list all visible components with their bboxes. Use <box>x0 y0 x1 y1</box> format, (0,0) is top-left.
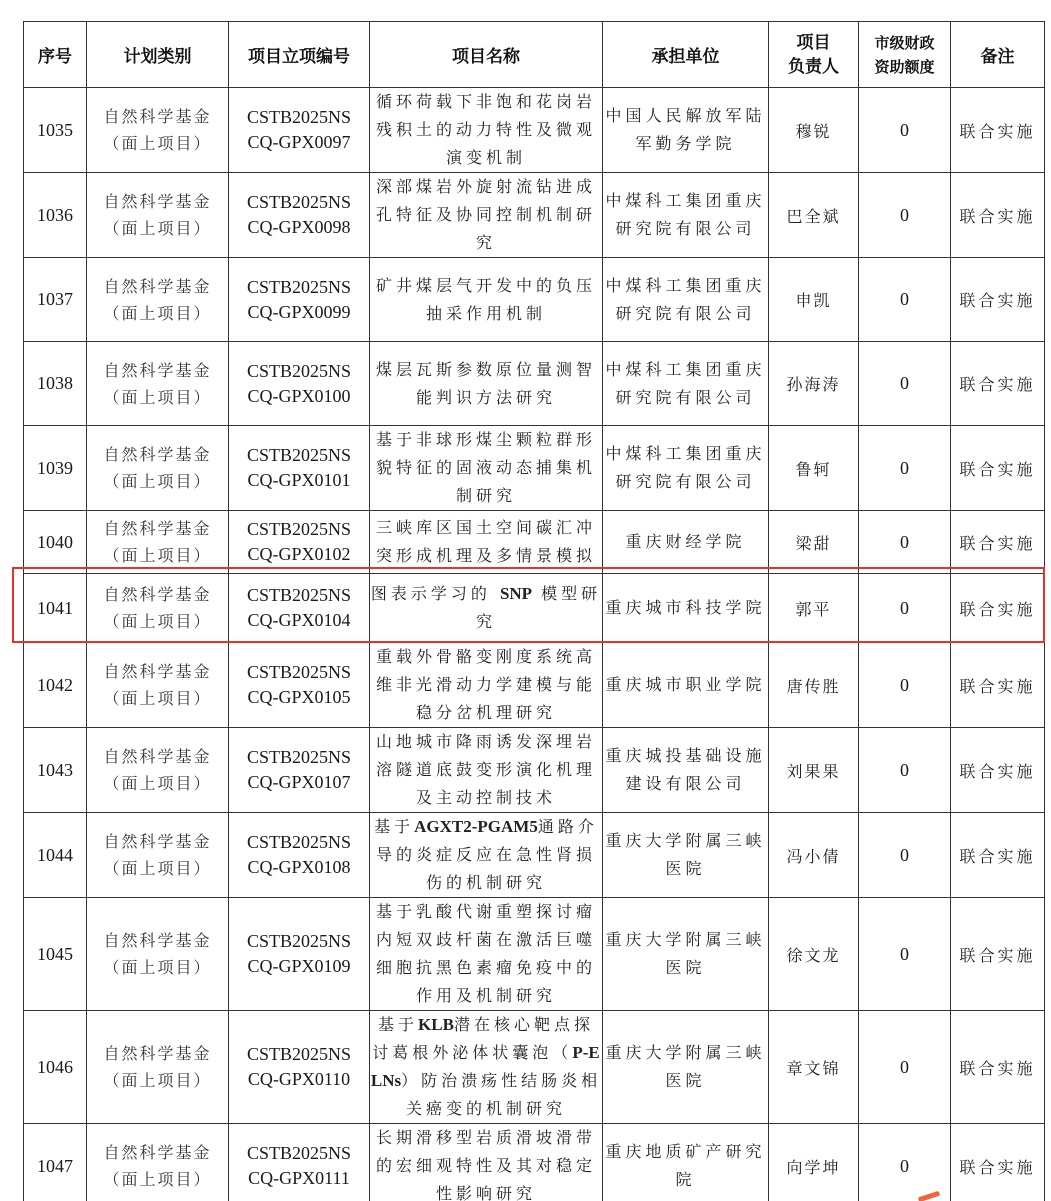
table-row: 1037 自然科学基金 （面上项目） CSTB2025NS CQ-GPX0099… <box>24 258 1045 342</box>
cell-person: 刘果果 <box>769 728 859 813</box>
code-line1: CSTB2025NS <box>229 1042 369 1067</box>
category-line1: 自然科学基金 <box>87 273 228 300</box>
cell-project-name: 长期滑移型岩质滑坡滑带的宏细观特性及其对稳定性影响研究 <box>370 1124 603 1201</box>
cell-funding: 0 <box>859 574 951 643</box>
category-line1: 自然科学基金 <box>87 658 228 685</box>
code-line2: CQ-GPX0097 <box>229 130 369 155</box>
cell-funding: 0 <box>859 342 951 426</box>
cell-code: CSTB2025NS CQ-GPX0097 <box>229 88 370 173</box>
category-line2: （面上项目） <box>87 468 228 495</box>
code-line1: CSTB2025NS <box>229 745 369 770</box>
cell-seq: 1046 <box>24 1011 87 1124</box>
table-row: 1042 自然科学基金 （面上项目） CSTB2025NS CQ-GPX0105… <box>24 643 1045 728</box>
category-line1: 自然科学基金 <box>87 828 228 855</box>
header-row: 序号 计划类别 项目立项编号 项目名称 承担单位 项目 负责人 市级财政 资助额… <box>24 22 1045 88</box>
cell-code: CSTB2025NS CQ-GPX0109 <box>229 898 370 1011</box>
header-person-line2: 负责人 <box>769 55 858 79</box>
cell-project-name: 山地城市降雨诱发深埋岩溶隧道底鼓变形演化机理及主动控制技术 <box>370 728 603 813</box>
code-line1: CSTB2025NS <box>229 443 369 468</box>
table-row: 1045 自然科学基金 （面上项目） CSTB2025NS CQ-GPX0109… <box>24 898 1045 1011</box>
cell-project-name: 深部煤岩外旋射流钻进成孔特征及协同控制机制研究 <box>370 173 603 258</box>
cell-person: 徐文龙 <box>769 898 859 1011</box>
table-row: 1039 自然科学基金 （面上项目） CSTB2025NS CQ-GPX0101… <box>24 426 1045 511</box>
cell-seq: 1040 <box>24 511 87 574</box>
cell-seq: 1041 <box>24 574 87 643</box>
code-line1: CSTB2025NS <box>229 1141 369 1166</box>
cell-funding: 0 <box>859 1011 951 1124</box>
category-line2: （面上项目） <box>87 608 228 635</box>
cell-person: 穆锐 <box>769 88 859 173</box>
cell-project-name: 重载外骨骼变刚度系统高维非光滑动力学建模与能稳分岔机理研究 <box>370 643 603 728</box>
cell-unit: 中煤科工集团重庆研究院有限公司 <box>603 173 769 258</box>
cell-unit: 中煤科工集团重庆研究院有限公司 <box>603 258 769 342</box>
category-line2: （面上项目） <box>87 1067 228 1094</box>
code-line2: CQ-GPX0110 <box>229 1067 369 1092</box>
cell-project-name: 基于KLB潜在核心靶点探讨葛根外泌体状囊泡（P-ELNs）防治溃疡性结肠炎相关癌… <box>370 1011 603 1124</box>
cell-project-name: 三峡库区国土空间碳汇冲突形成机理及多情景模拟 <box>370 511 603 574</box>
category-line1: 自然科学基金 <box>87 743 228 770</box>
cell-code: CSTB2025NS CQ-GPX0110 <box>229 1011 370 1124</box>
cell-note: 联合实施 <box>951 728 1045 813</box>
table-body: 1035 自然科学基金 （面上项目） CSTB2025NS CQ-GPX0097… <box>24 88 1045 1201</box>
cell-seq: 1045 <box>24 898 87 1011</box>
code-line1: CSTB2025NS <box>229 190 369 215</box>
cell-project-name: 循环荷载下非饱和花岗岩残积土的动力特性及微观演变机制 <box>370 88 603 173</box>
header-unit: 承担单位 <box>603 22 769 88</box>
code-line1: CSTB2025NS <box>229 359 369 384</box>
cell-funding: 0 <box>859 643 951 728</box>
cell-note: 联合实施 <box>951 88 1045 173</box>
cell-funding: 0 <box>859 728 951 813</box>
code-line1: CSTB2025NS <box>229 275 369 300</box>
code-line2: CQ-GPX0104 <box>229 608 369 633</box>
code-line1: CSTB2025NS <box>229 517 369 542</box>
cell-seq: 1036 <box>24 173 87 258</box>
cell-code: CSTB2025NS CQ-GPX0099 <box>229 258 370 342</box>
cell-project-name: 基于乳酸代谢重塑探讨瘤内短双歧杆菌在激活巨噬细胞抗黑色素瘤免疫中的作用及机制研究 <box>370 898 603 1011</box>
header-category: 计划类别 <box>87 22 229 88</box>
latin-term: SNP <box>500 584 532 603</box>
category-line2: （面上项目） <box>87 685 228 712</box>
code-line1: CSTB2025NS <box>229 830 369 855</box>
category-line1: 自然科学基金 <box>87 927 228 954</box>
code-line2: CQ-GPX0100 <box>229 384 369 409</box>
cell-note: 联合实施 <box>951 813 1045 898</box>
cell-person: 巴全斌 <box>769 173 859 258</box>
category-line1: 自然科学基金 <box>87 188 228 215</box>
cell-person: 申凯 <box>769 258 859 342</box>
category-line1: 自然科学基金 <box>87 1139 228 1166</box>
cell-category: 自然科学基金 （面上项目） <box>87 88 229 173</box>
cell-category: 自然科学基金 （面上项目） <box>87 258 229 342</box>
cell-note: 联合实施 <box>951 426 1045 511</box>
cell-unit: 重庆大学附属三峡医院 <box>603 813 769 898</box>
latin-term: AGXT2-PGAM5 <box>414 817 538 836</box>
code-line2: CQ-GPX0111 <box>229 1166 369 1191</box>
cell-unit: 重庆财经学院 <box>603 511 769 574</box>
cell-unit: 重庆城投基础设施建设有限公司 <box>603 728 769 813</box>
cell-code: CSTB2025NS CQ-GPX0101 <box>229 426 370 511</box>
category-line1: 自然科学基金 <box>87 357 228 384</box>
cell-code: CSTB2025NS CQ-GPX0111 <box>229 1124 370 1201</box>
cell-unit: 重庆地质矿产研究院 <box>603 1124 769 1201</box>
header-code: 项目立项编号 <box>229 22 370 88</box>
header-note: 备注 <box>951 22 1045 88</box>
cell-code: CSTB2025NS CQ-GPX0107 <box>229 728 370 813</box>
cell-note: 联合实施 <box>951 574 1045 643</box>
table-row: 1040 自然科学基金 （面上项目） CSTB2025NS CQ-GPX0102… <box>24 511 1045 574</box>
cell-code: CSTB2025NS CQ-GPX0100 <box>229 342 370 426</box>
cell-note: 联合实施 <box>951 342 1045 426</box>
code-line2: CQ-GPX0102 <box>229 542 369 567</box>
cell-funding: 0 <box>859 813 951 898</box>
table-row: 1046 自然科学基金 （面上项目） CSTB2025NS CQ-GPX0110… <box>24 1011 1045 1124</box>
category-line2: （面上项目） <box>87 300 228 327</box>
cell-unit: 重庆城市科技学院 <box>603 574 769 643</box>
category-line2: （面上项目） <box>87 855 228 882</box>
code-line1: CSTB2025NS <box>229 105 369 130</box>
table-row: 1044 自然科学基金 （面上项目） CSTB2025NS CQ-GPX0108… <box>24 813 1045 898</box>
cell-unit: 中煤科工集团重庆研究院有限公司 <box>603 342 769 426</box>
category-line1: 自然科学基金 <box>87 103 228 130</box>
cell-seq: 1039 <box>24 426 87 511</box>
code-line1: CSTB2025NS <box>229 583 369 608</box>
category-line1: 自然科学基金 <box>87 515 228 542</box>
cell-funding: 0 <box>859 511 951 574</box>
cell-funding: 0 <box>859 88 951 173</box>
cell-person: 孙海涛 <box>769 342 859 426</box>
cell-project-name: 基于AGXT2-PGAM5通路介导的炎症反应在急性肾损伤的机制研究 <box>370 813 603 898</box>
category-line1: 自然科学基金 <box>87 1040 228 1067</box>
cell-category: 自然科学基金 （面上项目） <box>87 1011 229 1124</box>
category-line2: （面上项目） <box>87 770 228 797</box>
cell-person: 唐传胜 <box>769 643 859 728</box>
cell-seq: 1044 <box>24 813 87 898</box>
table-row-highlighted: 1041 自然科学基金 （面上项目） CSTB2025NS CQ-GPX0104… <box>24 574 1045 643</box>
cell-code: CSTB2025NS CQ-GPX0098 <box>229 173 370 258</box>
cell-seq: 1043 <box>24 728 87 813</box>
cell-person: 向学坤 <box>769 1124 859 1201</box>
cell-seq: 1037 <box>24 258 87 342</box>
cell-note: 联合实施 <box>951 258 1045 342</box>
category-line1: 自然科学基金 <box>87 581 228 608</box>
cell-category: 自然科学基金 （面上项目） <box>87 1124 229 1201</box>
cell-unit: 重庆城市职业学院 <box>603 643 769 728</box>
cell-category: 自然科学基金 （面上项目） <box>87 643 229 728</box>
table-row: 1038 自然科学基金 （面上项目） CSTB2025NS CQ-GPX0100… <box>24 342 1045 426</box>
cell-seq: 1035 <box>24 88 87 173</box>
cell-category: 自然科学基金 （面上项目） <box>87 426 229 511</box>
cell-funding: 0 <box>859 1124 951 1201</box>
header-person-line1: 项目 <box>769 31 858 55</box>
header-funding-line2: 资助额度 <box>859 55 950 79</box>
cell-seq: 1042 <box>24 643 87 728</box>
cell-project-name: 煤层瓦斯参数原位量测智能判识方法研究 <box>370 342 603 426</box>
cell-note: 联合实施 <box>951 1124 1045 1201</box>
cell-person: 郭平 <box>769 574 859 643</box>
latin-term: P-ELNs <box>371 1043 600 1090</box>
cell-project-name: 基于非球形煤尘颗粒群形貌特征的固液动态捕集机制研究 <box>370 426 603 511</box>
category-line2: （面上项目） <box>87 1166 228 1193</box>
table-row: 1043 自然科学基金 （面上项目） CSTB2025NS CQ-GPX0107… <box>24 728 1045 813</box>
cell-category: 自然科学基金 （面上项目） <box>87 813 229 898</box>
code-line2: CQ-GPX0108 <box>229 855 369 880</box>
table-row: 1035 自然科学基金 （面上项目） CSTB2025NS CQ-GPX0097… <box>24 88 1045 173</box>
cell-person: 章文锦 <box>769 1011 859 1124</box>
cell-category: 自然科学基金 （面上项目） <box>87 342 229 426</box>
category-line1: 自然科学基金 <box>87 441 228 468</box>
cell-note: 联合实施 <box>951 643 1045 728</box>
code-line2: CQ-GPX0101 <box>229 468 369 493</box>
cell-category: 自然科学基金 （面上项目） <box>87 574 229 643</box>
category-line2: （面上项目） <box>87 215 228 242</box>
cell-note: 联合实施 <box>951 511 1045 574</box>
code-line2: CQ-GPX0109 <box>229 954 369 979</box>
cell-person: 冯小倩 <box>769 813 859 898</box>
cell-note: 联合实施 <box>951 173 1045 258</box>
cell-unit: 中国人民解放军陆军勤务学院 <box>603 88 769 173</box>
code-line2: CQ-GPX0105 <box>229 685 369 710</box>
cell-code: CSTB2025NS CQ-GPX0102 <box>229 511 370 574</box>
cell-funding: 0 <box>859 173 951 258</box>
cell-funding: 0 <box>859 258 951 342</box>
cell-code: CSTB2025NS CQ-GPX0105 <box>229 643 370 728</box>
latin-term: KLB <box>418 1015 454 1034</box>
code-line2: CQ-GPX0098 <box>229 215 369 240</box>
code-line2: CQ-GPX0107 <box>229 770 369 795</box>
cell-project-name: 图表示学习的 SNP 模型研究 <box>370 574 603 643</box>
cell-seq: 1038 <box>24 342 87 426</box>
project-table: 序号 计划类别 项目立项编号 项目名称 承担单位 项目 负责人 市级财政 资助额… <box>23 21 1045 1201</box>
cell-funding: 0 <box>859 426 951 511</box>
category-line2: （面上项目） <box>87 130 228 157</box>
code-line1: CSTB2025NS <box>229 660 369 685</box>
category-line2: （面上项目） <box>87 542 228 569</box>
cell-note: 联合实施 <box>951 1011 1045 1124</box>
cell-unit: 重庆大学附属三峡医院 <box>603 1011 769 1124</box>
category-line2: （面上项目） <box>87 954 228 981</box>
table-row: 1047 自然科学基金 （面上项目） CSTB2025NS CQ-GPX0111… <box>24 1124 1045 1201</box>
cell-unit: 重庆大学附属三峡医院 <box>603 898 769 1011</box>
cell-code: CSTB2025NS CQ-GPX0108 <box>229 813 370 898</box>
cell-code: CSTB2025NS CQ-GPX0104 <box>229 574 370 643</box>
header-name: 项目名称 <box>370 22 603 88</box>
category-line2: （面上项目） <box>87 384 228 411</box>
cell-person: 鲁轲 <box>769 426 859 511</box>
cell-unit: 中煤科工集团重庆研究院有限公司 <box>603 426 769 511</box>
table-row: 1036 自然科学基金 （面上项目） CSTB2025NS CQ-GPX0098… <box>24 173 1045 258</box>
header-seq: 序号 <box>24 22 87 88</box>
cell-category: 自然科学基金 （面上项目） <box>87 898 229 1011</box>
cell-person: 梁甜 <box>769 511 859 574</box>
cell-project-name: 矿井煤层气开发中的负压抽采作用机制 <box>370 258 603 342</box>
header-funding-line1: 市级财政 <box>859 31 950 55</box>
code-line1: CSTB2025NS <box>229 929 369 954</box>
cell-funding: 0 <box>859 898 951 1011</box>
cell-category: 自然科学基金 （面上项目） <box>87 511 229 574</box>
cell-category: 自然科学基金 （面上项目） <box>87 173 229 258</box>
header-funding: 市级财政 资助额度 <box>859 22 951 88</box>
cell-note: 联合实施 <box>951 898 1045 1011</box>
header-person: 项目 负责人 <box>769 22 859 88</box>
cell-category: 自然科学基金 （面上项目） <box>87 728 229 813</box>
code-line2: CQ-GPX0099 <box>229 300 369 325</box>
cell-seq: 1047 <box>24 1124 87 1201</box>
